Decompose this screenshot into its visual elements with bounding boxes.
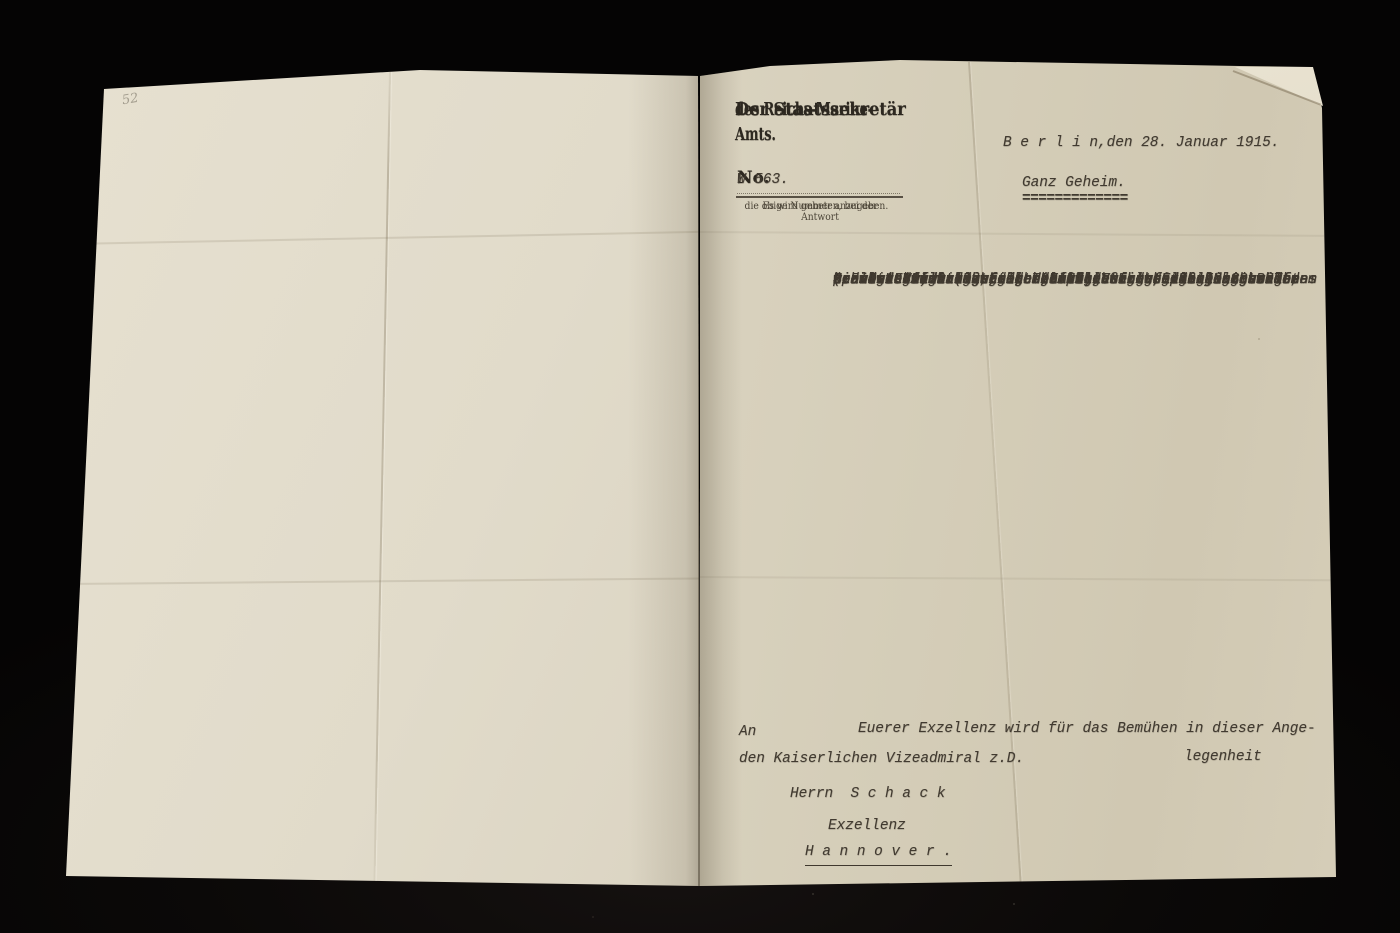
fold-crease-vertical-left (373, 72, 391, 882)
address-line2: Herrn S c h a c k (790, 784, 945, 804)
photo-backdrop: 52 Der Staatssekretär des Reichs-Marine-… (0, 0, 1400, 933)
reference-number-value: W 563. (737, 170, 789, 190)
address-line4: H a n n o v e r . (805, 842, 952, 866)
reference-note-line2: die obige Nummer anzugeben. (745, 202, 889, 213)
letterhead-line2: des Reichs-Marine-Amts. (735, 98, 905, 148)
body-continuation-line2: legenheit (1184, 747, 1262, 767)
address-line3: Exzellenz (828, 816, 906, 836)
body-continuation-line1: Euerer Exzellenz wird für das Bemühen in… (858, 719, 1316, 739)
dust-speck (812, 893, 814, 895)
body-line: bezw. Heizöle dringend benötigt. Ebenso … (833, 266, 1299, 294)
dust-speck (592, 916, 594, 918)
fold-crease-horizontal-lower-left (68, 577, 700, 584)
date-line: B e r l i n,den 28. Januar 1915. (1003, 133, 1279, 153)
classification-underline: ============= (1022, 189, 1128, 209)
center-fold-shadow-right (700, 58, 742, 888)
fold-crease-horizontal-lower-right (700, 576, 1334, 581)
pencil-annotation: 52 (121, 91, 140, 109)
letterhead: Der Staatssekretär des Reichs-Marine-Amt… (735, 98, 965, 154)
center-fold-line (698, 60, 700, 888)
address-salutation: An (739, 722, 756, 742)
address-line1: den Kaiserlichen Vizeadmiral z.D. (739, 749, 1024, 769)
center-fold-shadow-left (628, 60, 700, 890)
fold-crease-horizontal-upper-right (700, 231, 1330, 236)
body-line: Erdöls. (833, 266, 893, 294)
dust-speck (1258, 338, 1260, 340)
reference-number-block: No. W 563. (737, 170, 900, 194)
dust-speck (1013, 903, 1015, 905)
reference-rule (736, 196, 903, 198)
